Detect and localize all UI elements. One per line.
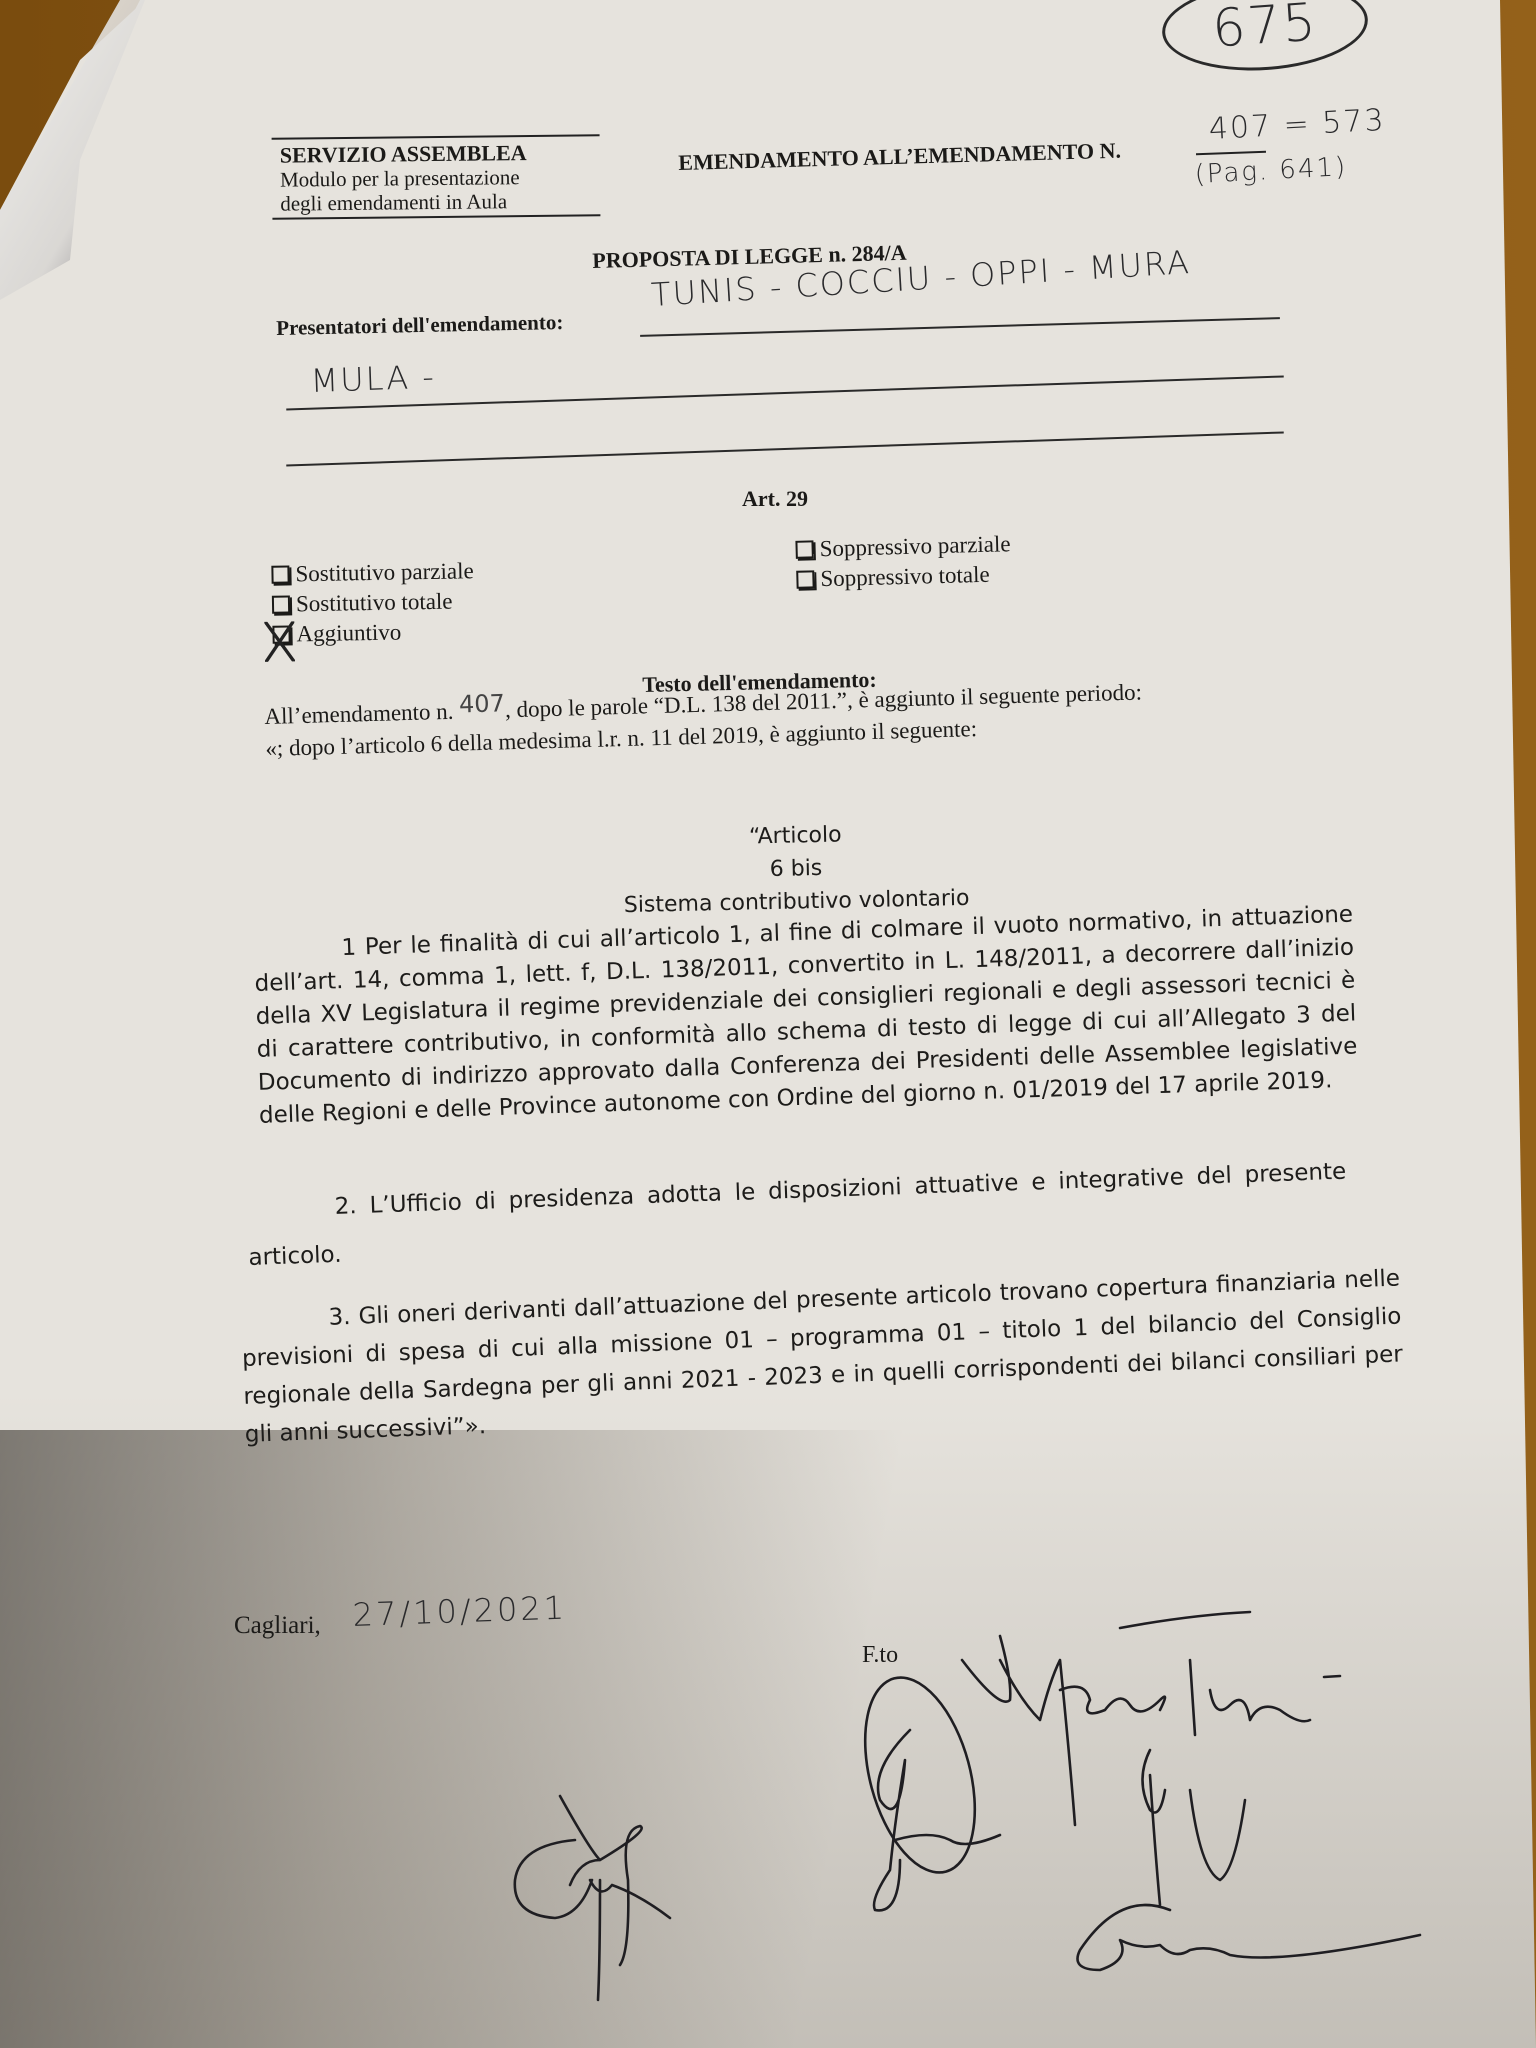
signature-2 (846, 1665, 1000, 1910)
signature-4 (1078, 1750, 1421, 1970)
signatures (0, 0, 1536, 2048)
signature-1 (515, 1796, 670, 2000)
